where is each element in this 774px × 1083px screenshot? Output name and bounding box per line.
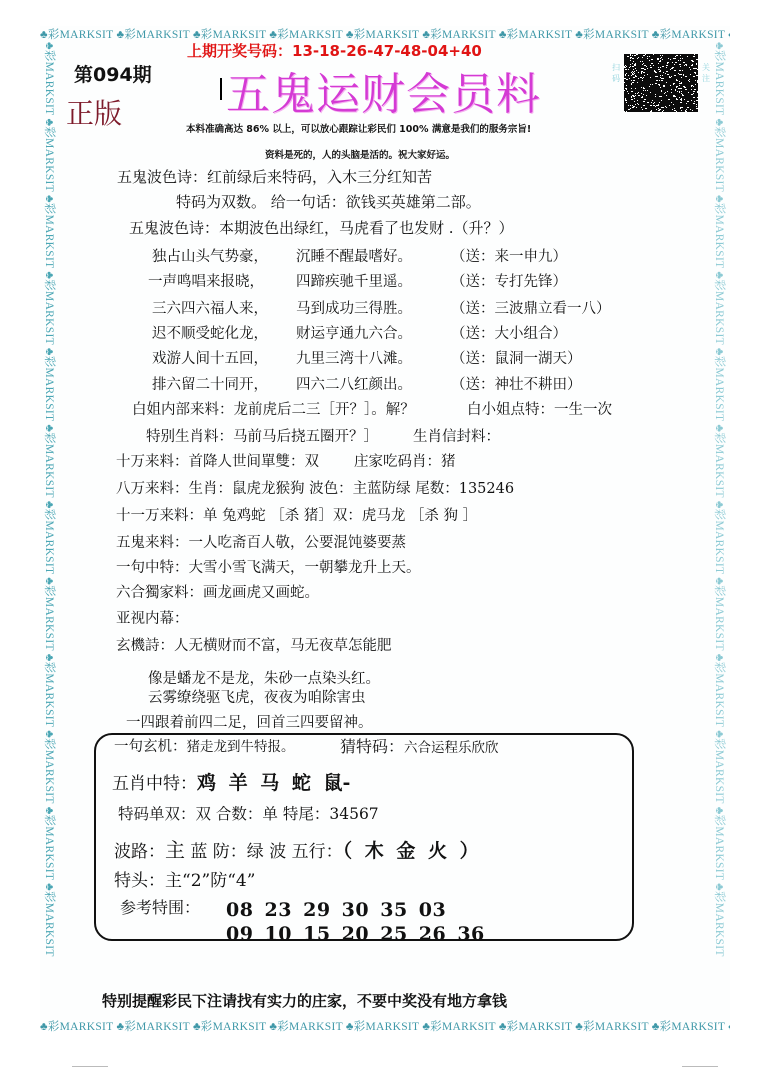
qr-side-label-left: 扫码 [612,62,622,84]
riddle-line-2: 云雾缭绕驱飞虎，夜夜为咱除害虫 [148,686,366,707]
liuhe-exclusive-tip: 六合獨家料：画龙画虎又画蛇。 [116,581,319,602]
mystic-one-line: 一句玄机：猪走龙到牛特报。 [114,735,295,756]
verse-line-a: 三六四六福人来， [152,297,268,318]
dealer-eat-zodiac: 庄家吃码肖：猪 [354,450,456,471]
verse-gift: （送：来一申九） [451,245,567,266]
odd-even-line: 特码单双：双 合数：单 特尾：34567 [118,802,379,824]
wugui-tip: 五鬼来料：一人吃斋百人敬，公要混饨婆要蒸 [116,531,406,552]
watermark-border-left: ♣彩MARKSIT ♣彩MARKSIT ♣彩MARKSIT ♣彩MARKSIT … [41,42,57,1022]
watermark-border-bottom: ♣彩MARKSIT ♣彩MARKSIT ♣彩MARKSIT ♣彩MARKSIT … [40,1019,730,1035]
issue-number: 第094期 [74,60,152,87]
good-luck-tagline: 资料是死的，人的头脑是活的。祝大家好运。 [265,147,455,161]
zodiac-letter-tip: 生肖信封料： [413,425,500,446]
wave-main: 主 [165,838,185,862]
bawan-tip: 八万来料：生肖：鼠虎龙猴狗 波色：主蓝防绿 尾数：135246 [116,477,514,498]
special-number-parity-hint: 特码为双数。 给一句话：欲钱买英雄第二部。 [176,191,481,212]
scan-edge-mark [72,1066,108,1067]
verse-gift: （送：大小组合） [451,322,567,343]
mystic-one-line-label: 一句玄机： [114,739,187,755]
watermark-text: ♣彩MARKSIT ♣彩MARKSIT ♣彩MARKSIT ♣彩MARKSIT … [711,42,726,1022]
verse-line-a: 独占山头气势豪， [152,245,268,266]
scan-edge-mark [682,1066,718,1067]
verse-line-a: 一声鸣唱来报晓， [148,270,264,291]
accuracy-tagline: 本料准确高达 86% 以上，可以放心跟踪让彩民们 100% 满意是我们的服务宗旨… [186,121,531,135]
five-zodiac-label: 五肖中特： [112,774,197,794]
reference-numbers-row-1: 08 23 29 30 35 03 [226,899,446,921]
atv-inside-tip: 亚视内幕： [116,607,189,628]
wave-color-poem-2: 五鬼波色诗：本期波色出绿红，马虎看了也发财 .（升？） [129,217,514,238]
wave-rest: 蓝 防：绿 波 五行： [185,842,343,862]
watermark-text: ♣彩MARKSIT ♣彩MARKSIT ♣彩MARKSIT ♣彩MARKSIT … [40,1021,730,1033]
verse-line-b: 九里三湾十八滩。 [296,347,412,368]
guess-special-number: 猜特码：六合运程乐欣欣 [340,734,499,757]
shiwan-tip: 十万来料：首降人世间單雙：双 [116,450,319,471]
wave-color-poem-1: 五鬼波色诗：红前绿后来特码，入木三分红知苦 [117,166,432,187]
verse-line-b: 财运亨通九六合。 [296,322,412,343]
qr-side-label-right: 关注 [702,62,712,84]
verse-line-b: 四六二八红颜出。 [296,373,412,394]
reference-range-label: 参考特围： [120,895,200,918]
verse-gift: （送：三波鼎立看一八） [451,297,611,318]
mystic-poem: 玄機詩：人无横财而不富，马无夜草怎能肥 [116,634,392,655]
wave-route-label: 波路： [114,842,165,862]
verse-line-a: 迟不顺受蛇化龙， [152,322,268,343]
guess-value: 六合运程乐欣欣 [404,740,499,756]
verse-gift: （送：鼠洞一湖天） [451,347,582,368]
verse-gift: （送：神壮不耕田） [451,373,582,394]
verse-gift: （送：专打先锋） [451,270,567,291]
title-cursor-mark [220,78,222,100]
one-line-special-tip: 一句中特：大雪小雪飞满天，一朝攀龙升上天。 [116,556,421,577]
page-title: 五鬼运财会员料 [226,58,541,122]
footer-reminder: 特别提醒彩民下注请找有实力的庄家，不要中奖没有地方拿钱 [102,990,507,1011]
baixiaojie-tip: 白小姐点特：一生一次 [467,398,612,419]
watermark-border-right: ♣彩MARKSIT ♣彩MARKSIT ♣彩MARKSIT ♣彩MARKSIT … [711,42,727,1022]
qr-code-icon[interactable] [624,54,698,112]
watermark-text: ♣彩MARKSIT ♣彩MARKSIT ♣彩MARKSIT ♣彩MARKSIT … [41,42,56,1022]
five-elements-value: （ 木 金 火 ） [343,840,482,862]
verse-line-b: 沉睡不醒最嗜好。 [296,245,412,266]
edition-label: 正版 [66,92,122,132]
special-head-line: 特头：主“2”防“4” [114,866,255,891]
reference-numbers-row-2: 09 10 15 20 25 26 36 [226,923,485,945]
guess-label: 猜特码： [340,737,404,756]
wave-route-line: 波路：主 蓝 防：绿 波 五行：（ 木 金 火 ） [114,834,482,863]
mystic-one-line-value: 猪走龙到牛特报。 [187,739,295,755]
shiyiwan-tip: 十一万来料：单 兔鸡蛇 ［杀 猪］双：虎马龙 ［杀 狗 ］ [116,504,477,525]
verse-line-b: 马到成功三得胜。 [296,297,412,318]
verse-line-b: 四蹄疾驰千里遥。 [296,270,412,291]
baijie-internal-tip: 白姐内部来料：龙前虎后二三［开？］。解？ [132,398,415,419]
five-zodiac-special: 五肖中特：鸡 羊 马 蛇 鼠- [112,768,350,795]
riddle-line-3: 一四跟着前四二足，回首三四要留神。 [126,711,373,732]
verse-line-a: 排六留二十同开， [152,373,268,394]
special-zodiac-tip: 特别生肖料：马前马后挠五圈开？］ [146,425,378,446]
riddle-line-1: 像是蟠龙不是龙，朱砂一点染头红。 [148,667,380,688]
five-zodiac-value: 鸡 羊 马 蛇 鼠- [197,772,350,794]
verse-line-a: 戏游人间十五回， [152,347,268,368]
